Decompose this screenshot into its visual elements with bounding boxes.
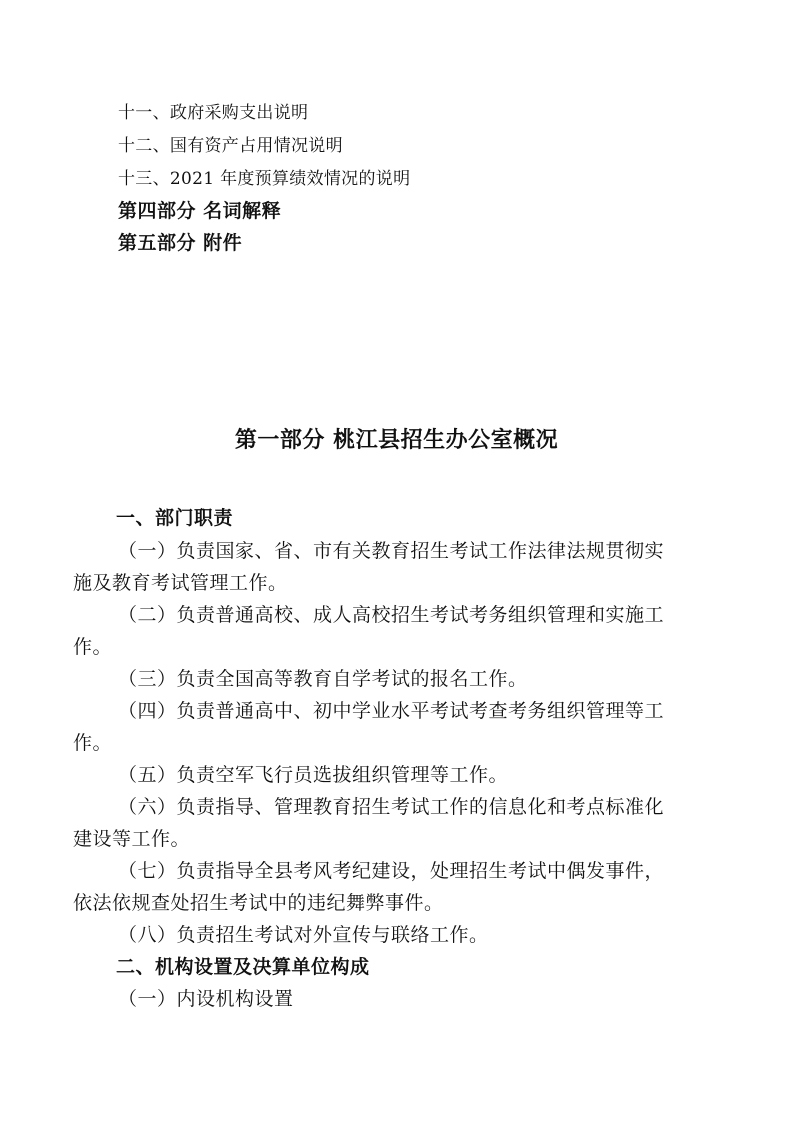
duty-paragraph: （三）负责全国高等教育自学考试的报名工作。 bbox=[118, 667, 528, 691]
heading-org-structure: 二、机构设置及决算单位构成 bbox=[116, 955, 370, 979]
duty-paragraph: （一）负责国家、省、市有关教育招生考试工作法律法规贯彻实 bbox=[118, 539, 664, 563]
duty-paragraph-cont: 作。 bbox=[73, 731, 112, 755]
toc-item: 十二、国有资产占用情况说明 bbox=[118, 134, 343, 158]
duty-paragraph-cont: 依法依规查处招生考试中的违纪舞弊事件。 bbox=[73, 891, 444, 915]
toc-part: 第四部分 名词解释 bbox=[118, 199, 281, 223]
toc-item: 十三、2021 年度预算绩效情况的说明 bbox=[118, 167, 410, 191]
toc-part: 第五部分 附件 bbox=[118, 231, 242, 255]
duty-paragraph: （八）负责招生考试对外宣传与联络工作。 bbox=[118, 923, 489, 947]
toc-item: 十一、政府采购支出说明 bbox=[118, 101, 308, 125]
duty-paragraph-cont: 施及教育考试管理工作。 bbox=[73, 571, 288, 595]
duty-paragraph: （七）负责指导全县考风考纪建设，处理招生考试中偶发事件， bbox=[118, 859, 664, 883]
duty-paragraph: （四）负责普通高中、初中学业水平考试考查考务组织管理等工 bbox=[118, 699, 664, 723]
section-title: 第一部分 桃江县招生办公室概况 bbox=[0, 429, 793, 453]
duty-paragraph-cont: 建设等工作。 bbox=[73, 827, 190, 851]
duty-paragraph: （五）负责空军飞行员选拔组织管理等工作。 bbox=[118, 763, 508, 787]
duty-paragraph-cont: 作。 bbox=[73, 635, 112, 659]
duty-paragraph: （六）负责指导、管理教育招生考试工作的信息化和考点标准化 bbox=[118, 795, 664, 819]
duty-paragraph: （二）负责普通高校、成人高校招生考试考务组织管理和实施工 bbox=[118, 603, 664, 627]
subheading-internal-org: （一）内设机构设置 bbox=[118, 987, 294, 1011]
document-page: 十一、政府采购支出说明 十二、国有资产占用情况说明 十三、2021 年度预算绩效… bbox=[0, 0, 793, 1122]
heading-dept-duties: 一、部门职责 bbox=[116, 506, 233, 530]
